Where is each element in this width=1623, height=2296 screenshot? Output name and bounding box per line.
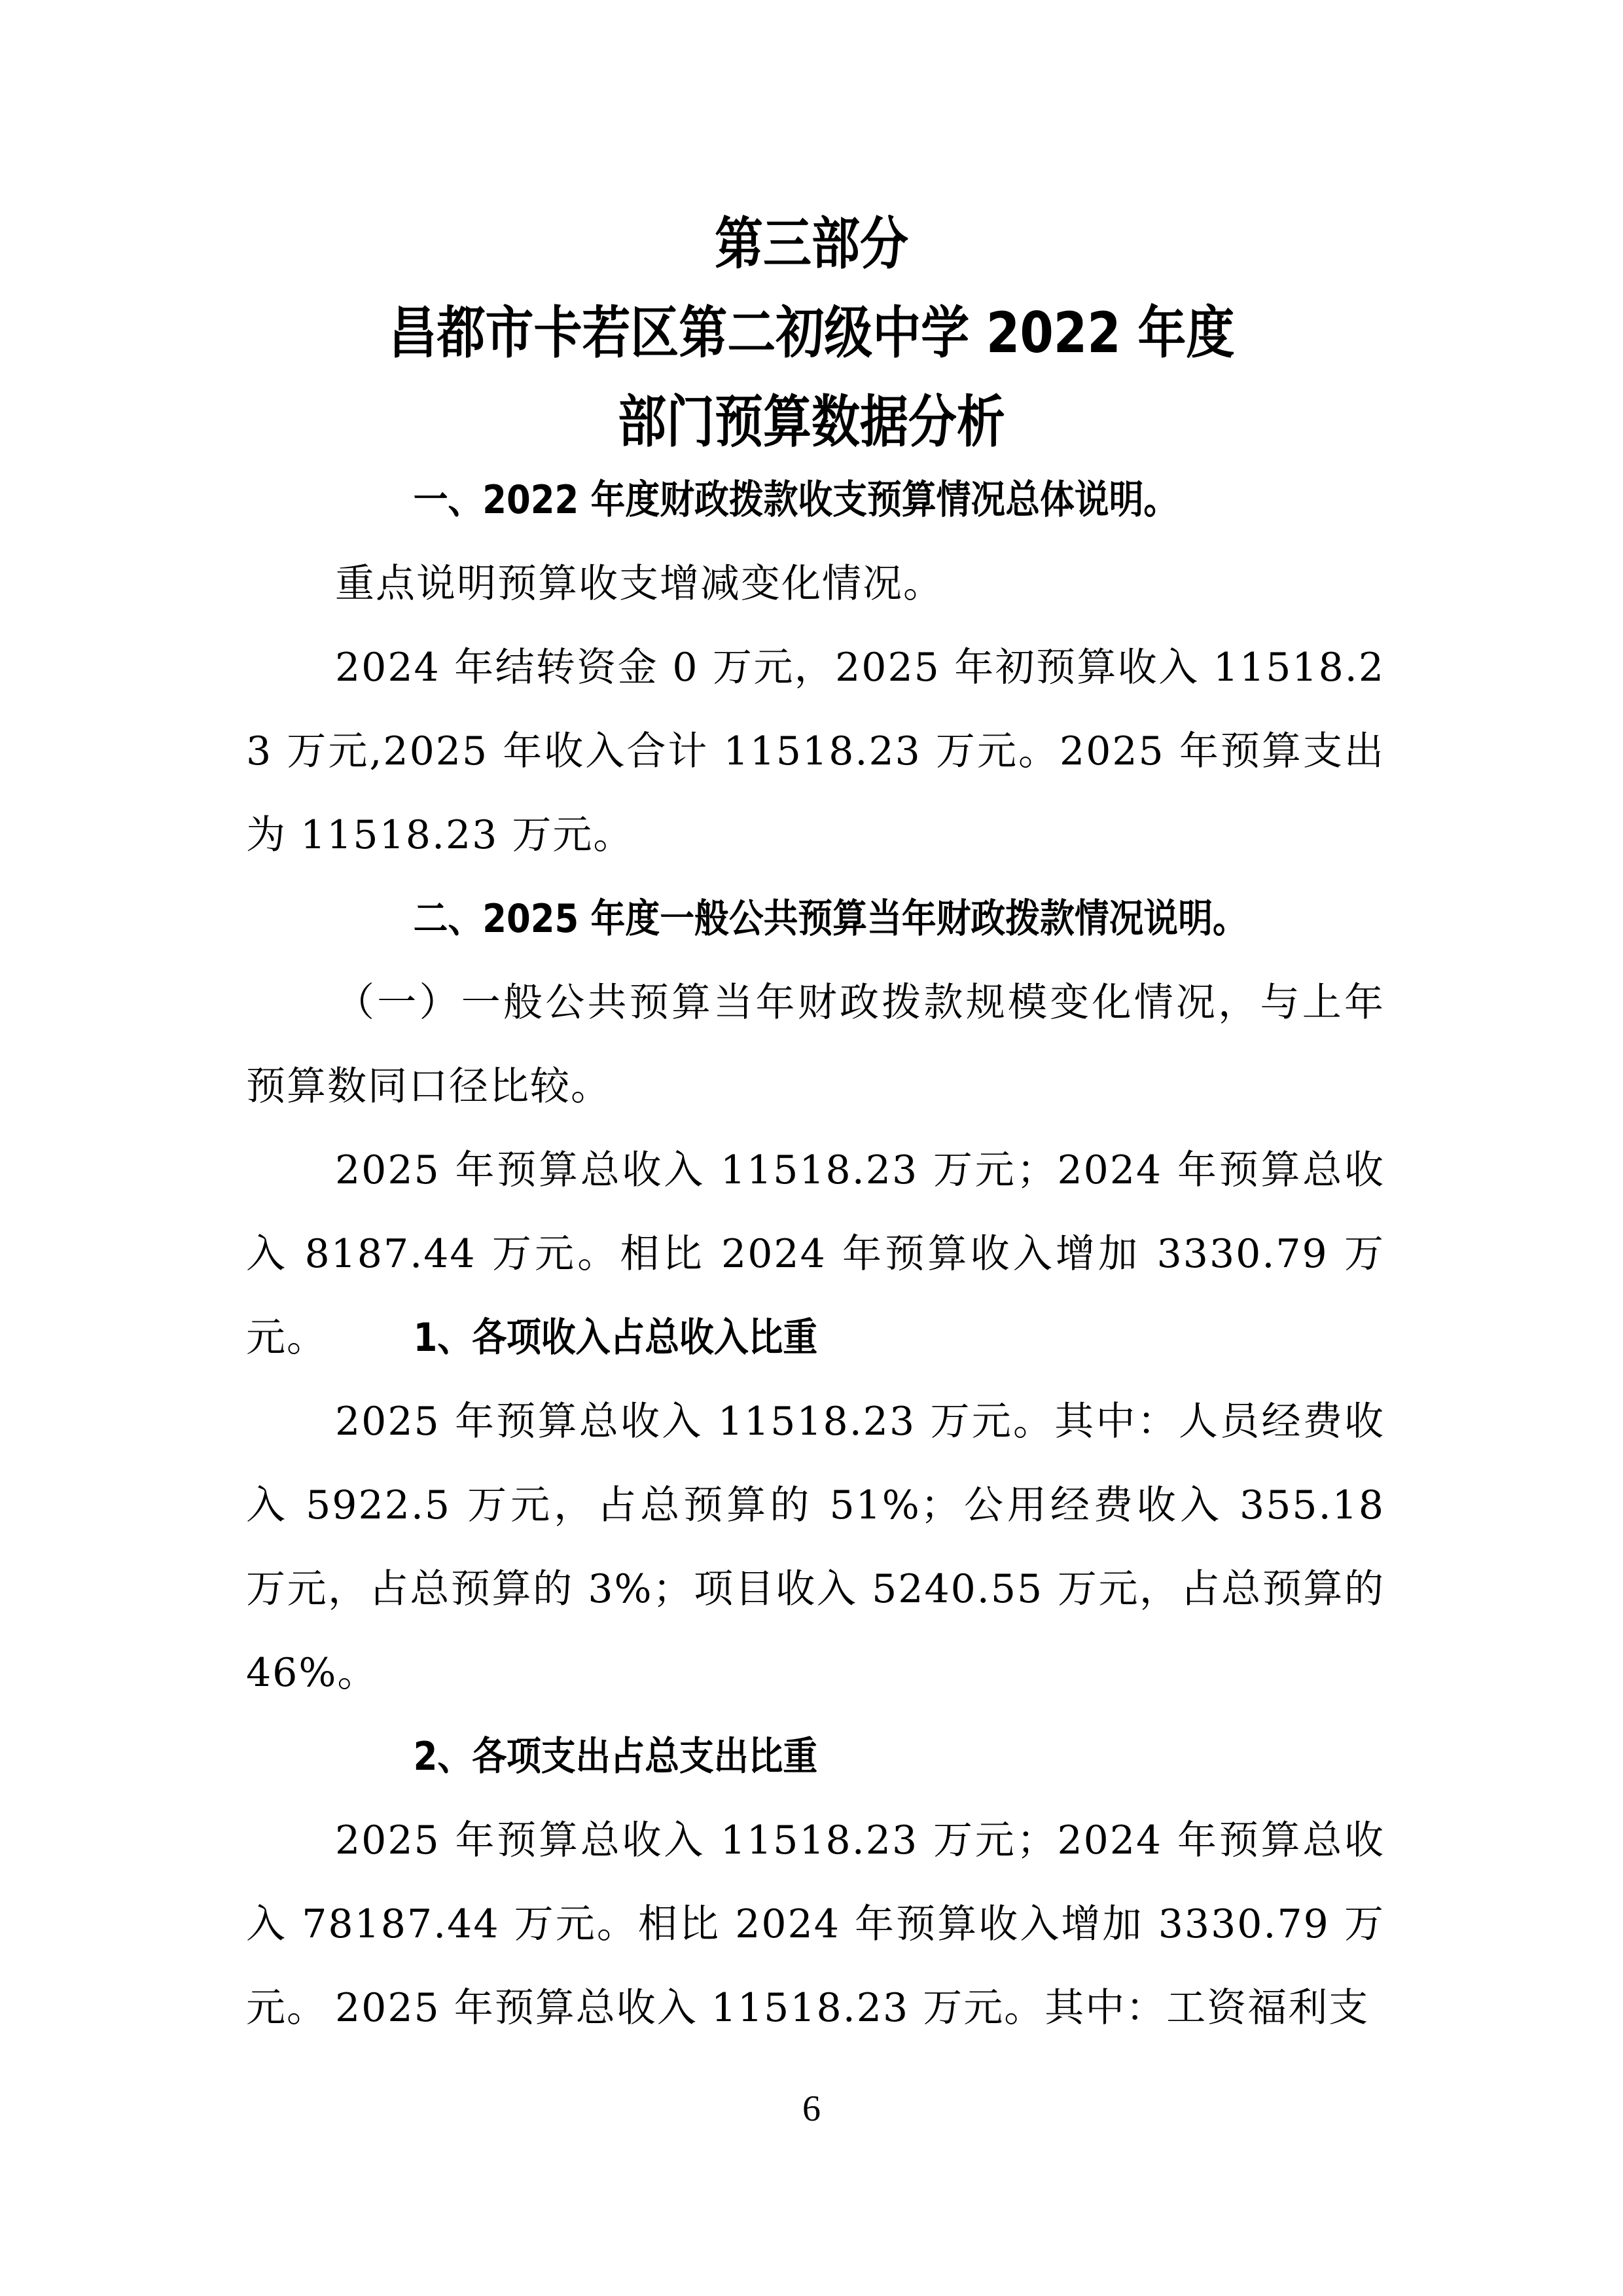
subheading-expense-share-text: 2、各项支出占总支出比重 [335, 1715, 817, 1799]
section-heading-2: 二、2025 年度一般公共预算当年财政拨款情况说明。 [246, 877, 1385, 961]
document-title: 第三部分 昌都市卡若区第二初级中学 2022 年度 部门预算数据分析 [0, 200, 1623, 467]
section-heading-1-text: 一、2022 年度财政拨款收支预算情况总体说明。 [335, 458, 1178, 542]
paragraph-scale-change: （一）一般公共预算当年财政拨款规模变化情况，与上年预算数同口径比较。 [246, 961, 1385, 1128]
section-heading-1: 一、2022 年度财政拨款收支预算情况总体说明。 [246, 458, 1385, 542]
title-subject: 部门预算数据分析 [114, 378, 1510, 467]
paragraph-expense-breakdown: 2025 年预算总收入 11518.23 万元。其中：工资福利支 [246, 1966, 1385, 2050]
title-organization: 昌都市卡若区第二初级中学 2022 年度 [114, 289, 1510, 378]
paragraph-income-breakdown: 2025 年预算总收入 11518.23 万元。其中：人员经费收入 5922.5… [246, 1380, 1385, 1715]
document-page: 第三部分 昌都市卡若区第二初级中学 2022 年度 部门预算数据分析 一、202… [0, 0, 1623, 2296]
section-heading-2-text: 二、2025 年度一般公共预算当年财政拨款情况说明。 [335, 877, 1247, 961]
page-number: 6 [0, 2088, 1623, 2130]
title-part-label: 第三部分 [114, 200, 1510, 289]
paragraph-key-changes: 重点说明预算收支增减变化情况。 [246, 542, 1385, 626]
subheading-income-share-text: 1、各项收入占总收入比重 [335, 1296, 817, 1380]
subheading-income-share: 1、各项收入占总收入比重 [246, 1296, 1385, 1380]
paragraph-overall-budget: 2024 年结转资金 0 万元，2025 年初预算收入 11518.23 万元,… [246, 626, 1385, 877]
subheading-expense-share: 2、各项支出占总支出比重 [246, 1715, 1385, 1799]
